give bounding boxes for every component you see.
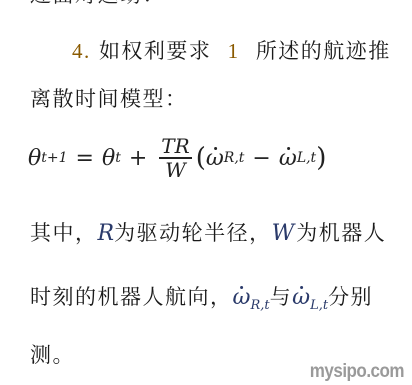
explanation-conj: 与 xyxy=(270,285,293,309)
formula-fraction: TR W xyxy=(159,135,191,181)
claim-text: 如权利要求 xyxy=(99,39,212,63)
formula-close-paren: ) xyxy=(316,143,326,173)
formula-omega-left: ω xyxy=(279,146,297,171)
clipped-text-line: 迎面对运动： xyxy=(30,0,165,8)
variable-r: R xyxy=(98,221,115,246)
explanation-text: 为机器人 xyxy=(296,221,386,245)
formula-sub: R,t xyxy=(224,150,245,166)
fraction-numerator: TR xyxy=(159,135,191,157)
formula-theta-next: θ xyxy=(28,146,41,171)
formula-equals: = xyxy=(76,146,94,171)
claim-text-continued: 所述的航迹推 xyxy=(256,39,391,63)
explanation-prefix: 其中， xyxy=(30,221,98,245)
explanation-line-3: 测。 xyxy=(30,342,75,368)
variable-sub: L,t xyxy=(310,298,328,313)
formula-theta: θ xyxy=(102,146,115,171)
watermark: mysipo.com xyxy=(310,360,404,383)
formula-omega-right: ω xyxy=(206,146,224,171)
explanation-line-2: 时刻的机器人航向，ωR,t与ωL,t分别 xyxy=(30,284,373,319)
variable-omega-right: ω xyxy=(233,285,251,311)
formula-sub: t xyxy=(115,150,121,166)
claim-4-line: 4. 如权利要求 1 所述的航迹推 xyxy=(72,38,391,64)
formula-plus: + xyxy=(129,146,147,171)
formula-open-paren: ( xyxy=(196,143,206,173)
fraction-denominator: W xyxy=(165,159,186,181)
formula-minus: − xyxy=(252,146,270,171)
variable-sub: R,t xyxy=(250,298,269,313)
claim-number: 4. xyxy=(72,39,91,63)
claim-reference-number: 1 xyxy=(228,39,240,63)
formula-sub: L,t xyxy=(297,150,316,166)
formula-sub: t+1 xyxy=(41,150,67,166)
explanation-suffix: 分别 xyxy=(328,285,373,309)
model-intro-line: 离散时间模型： xyxy=(30,86,188,112)
variable-w: W xyxy=(272,221,295,246)
explanation-line-1: 其中，R为驱动轮半径，W为机器人 xyxy=(30,220,386,247)
heading-update-formula: θt+1 = θt + TR W ( ωR,t − ωL,t ) xyxy=(28,128,326,188)
variable-omega-left: ω xyxy=(292,285,310,311)
explanation-prefix: 时刻的机器人航向， xyxy=(30,285,233,309)
explanation-text: 为驱动轮半径， xyxy=(114,221,272,245)
